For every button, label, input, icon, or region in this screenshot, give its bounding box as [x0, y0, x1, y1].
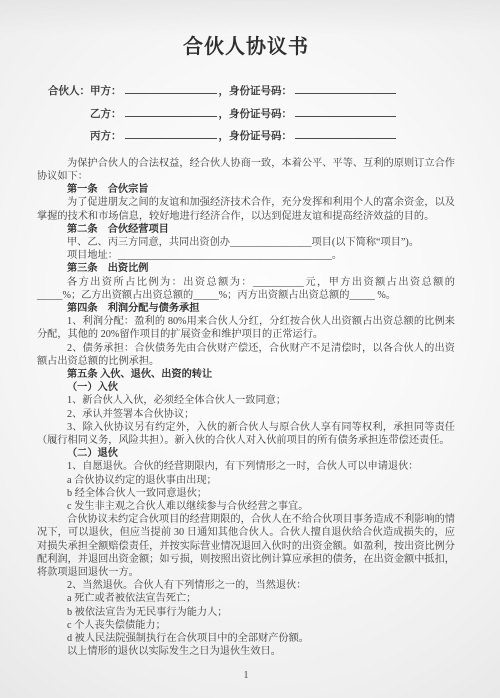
paragraph: 2、债务承担：合伙债务先由合伙财产偿还，合伙财产不足清偿时，以各合伙人的出资额占…: [37, 342, 455, 368]
party-c-name-blank: [125, 129, 217, 139]
paragraph: b 被依法宣告为无民事行为能力人；: [37, 606, 455, 619]
page-title: 合伙人协议书: [37, 34, 455, 61]
paragraph: 1、利润分配：盈利的 80%用来合伙人分红，分红按合伙人出资额占出资总额的比例来…: [37, 315, 455, 341]
section-heading: （二）退伙: [37, 447, 455, 460]
party-a-id-blank: [295, 84, 396, 94]
partners-group-label: 合伙人：: [48, 81, 90, 104]
party-b-label: 乙方：: [90, 109, 122, 120]
document-page: 合伙人协议书 合伙人：甲方：，身份证号码： 乙方：，身份证号码： 丙方：，身份证…: [0, 0, 500, 681]
paragraph: 合伙协议未约定合伙项目的经营期限的，合伙人在不给合伙项目事务造成不利影响的情况下…: [37, 513, 455, 579]
paragraph: 甲、乙、丙三方同意，共同出资创办________________项目(以下简称“…: [37, 236, 455, 249]
partner-row: 丙方：，身份证号码：: [48, 126, 455, 149]
paragraph: 为保护合伙人的合法权益，经合伙人协商一致，本着公平、平等、互利的原则订立合作协议…: [37, 157, 455, 183]
party-b-name-blank: [125, 107, 217, 117]
party-a-name-blank: [125, 84, 217, 94]
section-heading: 第三条 出资比例: [37, 262, 455, 275]
paragraph: d 被人民法院强制执行在合伙项目中的全部财产份额。: [37, 632, 455, 645]
party-a-id-label: ，身份证号码：: [219, 86, 293, 97]
paragraph: 以上情形的退伙以实际发生之日为退伙生效日。: [37, 645, 455, 658]
paragraph: c 个人丧失偿债能力；: [37, 619, 455, 632]
document-body: 为保护合伙人的合法权益，经合伙人协商一致，本着公平、平等、互利的原则订立合作协议…: [37, 157, 455, 659]
section-heading: 第一条 合伙宗旨: [37, 183, 455, 196]
paragraph: b 经全体合伙人一致同意退伙；: [37, 487, 455, 500]
section-heading: （一）入伙: [37, 381, 455, 394]
section-heading: 第五条 入伙、退伙、出资的转让: [37, 368, 455, 381]
party-c-id-blank: [295, 129, 396, 139]
partner-row: 合伙人：甲方：，身份证号码：: [48, 81, 455, 104]
paragraph: c 发生非主观之合伙人难以继续参与合伙经营之事宜。: [37, 500, 455, 513]
partners-block: 合伙人：甲方：，身份证号码： 乙方：，身份证号码： 丙方：，身份证号码：: [48, 81, 455, 149]
party-c-id-label: ，身份证号码：: [219, 131, 293, 142]
paragraph: a 死亡或者被依法宣告死亡；: [37, 592, 455, 605]
paragraph: 为了促进朋友之间的友谊和加强经济技术合作，充分发挥和利用个人的富余资金，以及掌握…: [37, 196, 455, 222]
party-b-id-blank: [295, 107, 396, 117]
party-c-label: 丙方：: [90, 131, 122, 142]
party-b-id-label: ，身份证号码：: [219, 109, 293, 120]
paragraph: 1、自愿退伙。合伙的经营期限内，有下列情形之一时，合伙人可以申请退伙：: [37, 460, 455, 473]
section-heading: 第四条 利润分配与债务承担: [37, 302, 455, 315]
paragraph: 2、承认并签署本合伙协议；: [37, 408, 455, 421]
paragraph: a 合伙协议约定的退伙事由出现；: [37, 474, 455, 487]
paragraph: 3、除入伙协议另有约定外，入伙的新合伙人与原合伙人享有同等权利，承担同等责任（履…: [37, 421, 455, 447]
partner-row: 乙方：，身份证号码：: [48, 104, 455, 127]
paragraph: 2、当然退伙。合伙人有下列情形之一的，当然退伙：: [37, 579, 455, 592]
section-heading: 第二条 合伙经营项目: [37, 223, 455, 236]
page-number: 1: [37, 670, 455, 681]
paragraph: 项目地址：___________________________________…: [37, 249, 455, 262]
paragraph: 各方出资所占比例为：出资总额为：__________元，甲方出资额占出资总额的_…: [37, 276, 455, 302]
party-a-label: 甲方：: [90, 86, 122, 97]
paragraph: 1、新合伙人入伙，必须经全体合伙人一致同意；: [37, 394, 455, 407]
